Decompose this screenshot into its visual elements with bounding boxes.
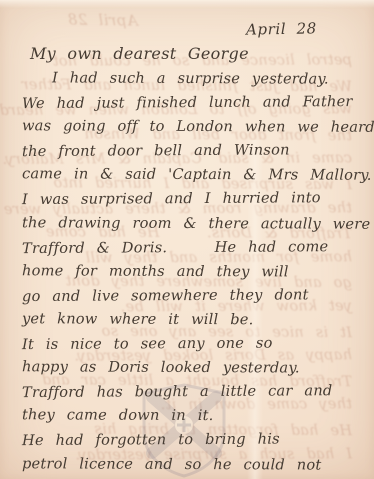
letter-line: Trafford & Doris. He had come	[22, 235, 372, 261]
letter-line: the front door bell and Winson	[22, 138, 372, 164]
letter-line: yet know where it will be.	[22, 307, 372, 333]
letter-line: We had just finished lunch and Father	[22, 90, 372, 116]
letter-line: petrol licence and so he could not	[22, 452, 372, 478]
letter-line: came in & said 'Captain & Mrs Mallory.	[22, 163, 372, 189]
letter-line: the drawing room & there actually were	[22, 211, 372, 237]
letter-line: home for months and they will	[22, 259, 372, 285]
letter-body: I had such a surprise yesterday. We had …	[22, 67, 372, 477]
letter-line: I had such a surprise yesterday.	[22, 66, 372, 92]
letter-line: go and live somewhere they dont	[22, 283, 372, 309]
letter-date: April 28	[246, 19, 317, 38]
letter-line: happy as Doris looked yesterday.	[22, 355, 372, 381]
letter-line: was going off to London when we heard	[22, 114, 372, 140]
letter-line: Trafford has bought a little car and	[22, 379, 372, 405]
letter-line: It is nice to see any one so	[22, 331, 372, 357]
letter-salutation: My own dearest George	[30, 44, 249, 63]
letter-line: He had forgotten to bring his	[22, 427, 372, 453]
letter-line: they came down in it.	[22, 404, 372, 430]
letter-line: I was surprised and I hurried into	[22, 186, 372, 212]
handwritten-letter-photo: April 28 petrol licence and so he could …	[0, 0, 374, 479]
bleed-text: April 28	[67, 10, 138, 29]
